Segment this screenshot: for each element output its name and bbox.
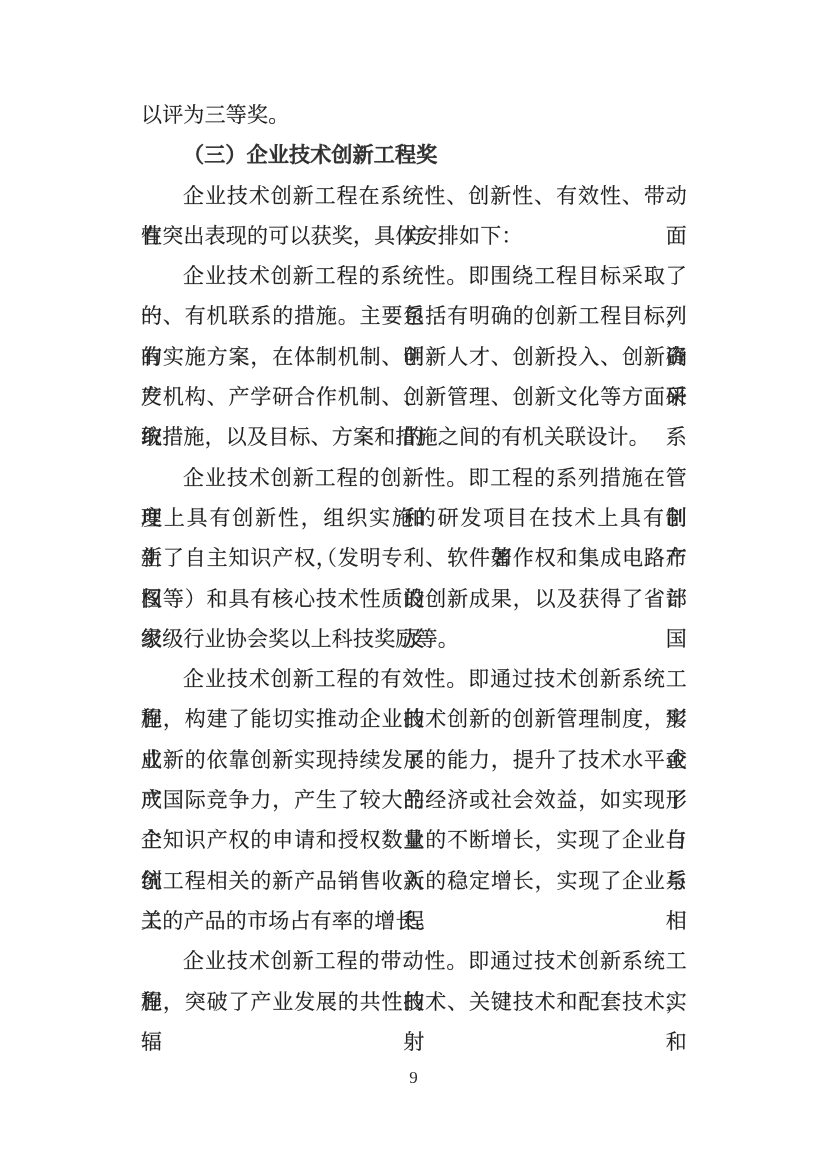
- text-line: 企业技术创新工程在系统性、创新性、有效性、带动性方面: [141, 176, 687, 216]
- text-line: 企业技术创新工程的带动性。即通过技术创新系统工程的实: [141, 941, 687, 981]
- text-line: 统措施，以及目标、方案和措施之间的有机关联设计。: [141, 417, 687, 457]
- text-line: 业新的依靠创新实现持续发展的能力，提升了技术水平或产品形: [141, 740, 687, 780]
- text-line: 生了自主知识产权（发明专利、软件著作权和集成电路布图设计: [141, 538, 687, 578]
- text-line: 企业技术创新工程的创新性。即工程的系列措施在管理和制: [141, 458, 687, 498]
- text-line: 施，突破了产业发展的共性技术、关键技术和配套技术，辐射和: [141, 982, 687, 1022]
- text-line: （三）企业技术创新工程奖: [141, 135, 687, 175]
- text-line: 的、有机联系的措施。主要包括有明确的创新工程目标，有明确: [141, 296, 687, 336]
- text-line: 统工程相关的新产品销售收入的稳定增长，实现了企业与工程相: [141, 861, 687, 901]
- text-line: 权等）和具有核心技术性质的创新成果，以及获得了省部级及国: [141, 579, 687, 619]
- text-line: 企业技术创新工程的系统性。即围绕工程目标采取了一系列: [141, 256, 687, 296]
- document-page: 以评为三等奖。（三）企业技术创新工程奖企业技术创新工程在系统性、创新性、有效性、…: [0, 0, 827, 1170]
- text-line: 施，构建了能切实推动企业技术创新的创新管理制度，形成了企: [141, 699, 687, 739]
- document-body: 以评为三等奖。（三）企业技术创新工程奖企业技术创新工程在系统性、创新性、有效性、…: [141, 95, 687, 1022]
- text-line: 企业技术创新工程的有效性。即通过技术创新系统工程的实: [141, 659, 687, 699]
- text-line: 主知识产权的申请和授权数量的不断增长，实现了企业与创新系: [141, 820, 687, 860]
- text-line: 的实施方案，在体制机制、创新人才、创新投入、创新资产、研: [141, 337, 687, 377]
- page-number: 9: [0, 1066, 827, 1090]
- text-line: 发机构、产学研合作机制、创新管理、创新文化等方面采取的系: [141, 377, 687, 417]
- text-line: 以评为三等奖。: [141, 95, 687, 135]
- text-line: 度上具有创新性，组织实施的研发项目在技术上具有创新，如产: [141, 498, 687, 538]
- text-line: 成国际竞争力，产生了较大的经济或社会效益，如实现了企业自: [141, 780, 687, 820]
